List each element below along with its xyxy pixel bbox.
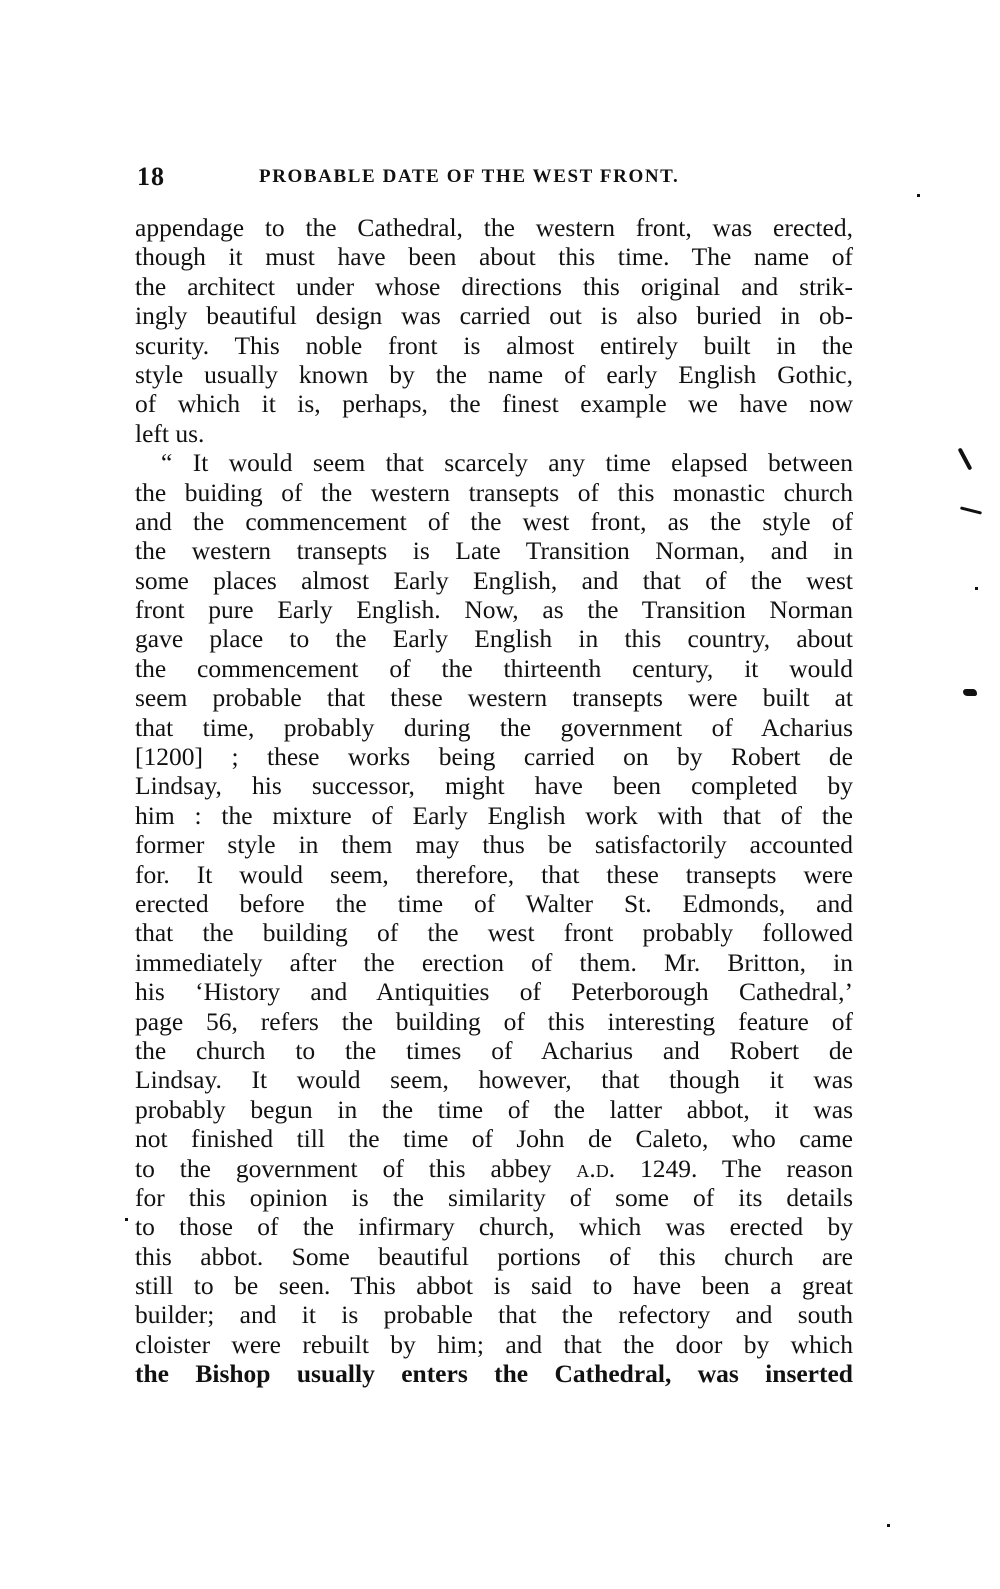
text-line: the Bishop usually enters the Cathedral,… — [135, 1359, 853, 1388]
running-title: PROBABLE DATE OF THE WEST FRONT. — [259, 166, 679, 188]
text-line: the buiding of the western transepts of … — [135, 478, 853, 507]
text-line: appendage to the Cathedral, the western … — [135, 213, 853, 242]
text-line: him : the mixture of Early English work … — [135, 801, 853, 830]
text-line: though it must have been about this time… — [135, 242, 853, 271]
line-segment: 1249. The reason — [615, 1154, 853, 1183]
text-line: seem probable that these western transep… — [135, 683, 853, 712]
scan-speck-mark — [975, 587, 978, 590]
text-line: of which it is, perhaps, the finest exam… — [135, 389, 853, 418]
text-line: Lindsay. It would seem, however, that th… — [135, 1065, 853, 1094]
text-line: the architect under whose directions thi… — [135, 272, 853, 301]
text-line: not finished till the time of John de Ca… — [135, 1124, 853, 1153]
margin-blot-mark — [963, 689, 977, 696]
text-line: scurity. This noble front is almost enti… — [135, 331, 853, 360]
text-line: immediately after the erection of them. … — [135, 948, 853, 977]
text-line: Lindsay, his successor, might have been … — [135, 771, 853, 800]
text-line: the church to the times of Acharius and … — [135, 1036, 853, 1065]
book-page: 18 PROBABLE DATE OF THE WEST FRONT. appe… — [0, 0, 1000, 1589]
text-line: to those of the infirmary church, which … — [135, 1212, 853, 1241]
text-line: gave place to the Early English in this … — [135, 624, 853, 653]
text-line: for this opinion is the similarity of so… — [135, 1183, 853, 1212]
era-abbreviation: a.d. — [576, 1154, 615, 1183]
text-line: his ‘History and Antiquities of Peterbor… — [135, 977, 853, 1006]
margin-tick-mark — [958, 447, 973, 470]
text-line: still to be seen. This abbot is said to … — [135, 1271, 853, 1300]
text-line: that time, probably during the governmen… — [135, 713, 853, 742]
text-line: erected before the time of Walter St. Ed… — [135, 889, 853, 918]
text-line: page 56, refers the building of this int… — [135, 1007, 853, 1036]
text-line: former style in them may thus be satisfa… — [135, 830, 853, 859]
line-segment: to the government of this abbey — [135, 1154, 576, 1183]
text-line: builder; and it is probable that the ref… — [135, 1300, 853, 1329]
text-line: probably begun in the time of the latter… — [135, 1095, 853, 1124]
text-line: [1200] ; these works being carried on by… — [135, 742, 853, 771]
text-line: cloister were rebuilt by him; and that t… — [135, 1330, 853, 1359]
text-line-with-date: to the government of this abbey a.d. 124… — [135, 1154, 853, 1183]
scan-speck-mark — [125, 1218, 128, 1221]
text-line: the commencement of the thirteenth centu… — [135, 654, 853, 683]
text-line: for. It would seem, therefore, that thes… — [135, 860, 853, 889]
scan-speck-mark — [887, 1524, 890, 1527]
page-number: 18 — [137, 162, 165, 192]
text-line: this abbot. Some beautiful portions of t… — [135, 1242, 853, 1271]
scan-speck-mark — [917, 194, 920, 197]
text-line: “ It would seem that scarcely any time e… — [135, 448, 853, 477]
text-line: ingly beautiful design was carried out i… — [135, 301, 853, 330]
text-line: some places almost Early English, and th… — [135, 566, 853, 595]
text-line: that the building of the west front prob… — [135, 918, 853, 947]
text-line: left us. — [135, 419, 853, 448]
text-line: and the commencement of the west front, … — [135, 507, 853, 536]
body-text: appendage to the Cathedral, the western … — [135, 213, 853, 1389]
margin-dash-mark — [960, 506, 982, 514]
text-line: style usually known by the name of early… — [135, 360, 853, 389]
text-line: the western transepts is Late Transition… — [135, 536, 853, 565]
text-line: front pure Early English. Now, as the Tr… — [135, 595, 853, 624]
running-head: 18 PROBABLE DATE OF THE WEST FRONT. — [137, 162, 857, 192]
